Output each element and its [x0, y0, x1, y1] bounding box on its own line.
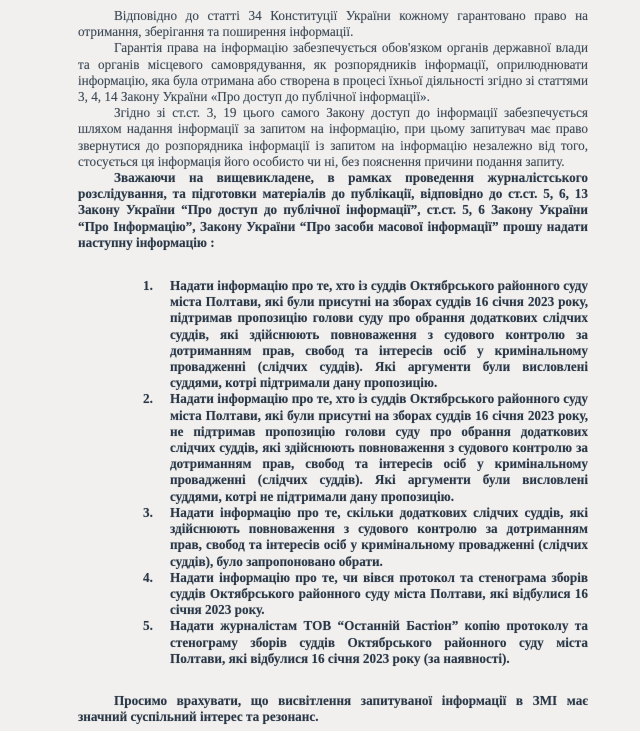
request-list: 1. Надати інформацію про те, хто із судд…: [143, 278, 588, 667]
request-item-text: Надати інформацію про те, хто із суддів …: [170, 278, 588, 391]
scanned-document-page: Відповідно до статті 34 Конституції Укра…: [0, 0, 640, 731]
request-item-3: 3. Надати інформацію про те, скільки дод…: [143, 505, 588, 570]
paragraph-constitution-right: Відповідно до статті 34 Конституції Укра…: [78, 8, 588, 40]
closing-paragraph: Просимо врахувати, що висвітлення запиту…: [78, 693, 588, 725]
request-item-2: 2. Надати інформацію про те, хто із судд…: [143, 391, 588, 504]
request-item-text: Надати інформацію про те, чи вівся прото…: [170, 570, 588, 619]
request-item-text: Надати інформацію про те, скільки додатк…: [170, 505, 588, 570]
paragraph-access-by-request: Згідно зі ст.ст. 3, 19 цього самого Зако…: [78, 105, 588, 170]
paragraph-request-preamble: Зважаючи на вищевикладене, в рамках пров…: [78, 170, 588, 251]
request-item-number: 3.: [143, 505, 170, 570]
request-item-5: 5. Надати журналістам ТОВ “Останній Баст…: [143, 618, 588, 667]
request-item-number: 4.: [143, 570, 170, 619]
request-item-number: 2.: [143, 391, 170, 504]
request-item-1: 1. Надати інформацію про те, хто із судд…: [143, 278, 588, 391]
request-item-number: 1.: [143, 278, 170, 391]
request-item-number: 5.: [143, 618, 170, 667]
request-item-text: Надати інформацію про те, хто із суддів …: [170, 391, 588, 504]
paragraph-guarantee-of-right: Гарантія права на інформацію забезпечуєт…: [78, 40, 588, 105]
request-item-text: Надати журналістам ТОВ “Останній Бастіон…: [170, 618, 588, 667]
request-item-4: 4. Надати інформацію про те, чи вівся пр…: [143, 570, 588, 619]
